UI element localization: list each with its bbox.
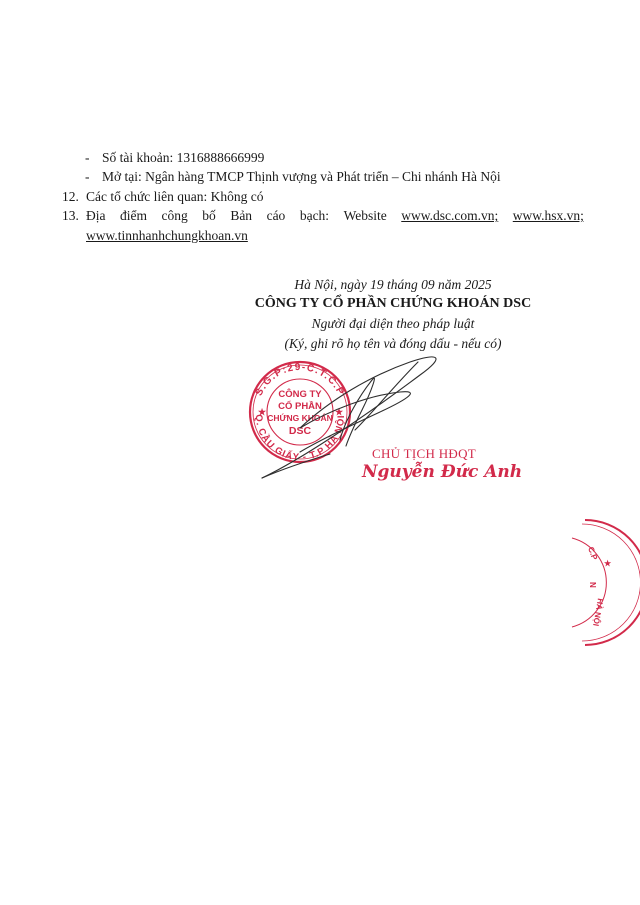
svg-text:CÔNG TY: CÔNG TY — [278, 388, 322, 400]
svg-text:★: ★ — [258, 407, 267, 417]
svg-text:C.P: C.P — [586, 546, 599, 562]
svg-text:CHỨNG KHOÁN: CHỨNG KHOÁN — [267, 412, 333, 423]
svg-text:DSC: DSC — [289, 425, 312, 437]
document-page: - Số tài khoản: 1316888666999 - Mở tại: … — [0, 0, 640, 905]
stamp-and-signature-graphic: S.G.P:29-C.T.C.P Q. CẦU GIẤY - T.P HÀ NỘ… — [0, 0, 640, 905]
signer-name: Nguyễn Đức Anh — [362, 462, 522, 482]
svg-text:N: N — [588, 582, 597, 588]
svg-text:★: ★ — [604, 559, 612, 568]
svg-text:CỔ PHẦN: CỔ PHẦN — [278, 400, 322, 412]
svg-text:HÀ NỘI: HÀ NỘI — [591, 598, 605, 627]
signer-title: CHỦ TỊCH HĐQT — [372, 446, 476, 462]
